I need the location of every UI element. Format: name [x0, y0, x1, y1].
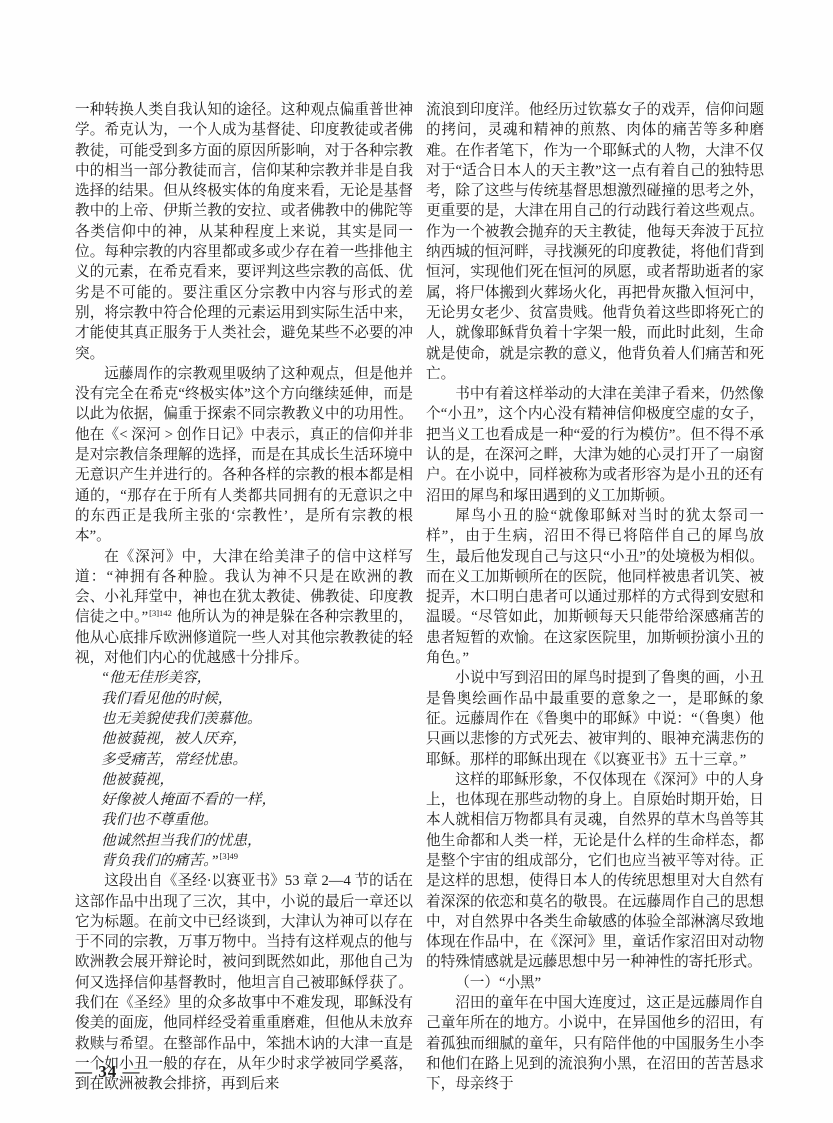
poem-line: 背负我们的痛苦。”[3]49 — [101, 851, 413, 871]
two-column-text-area: 一种转换人类自我认知的途径。这种观点偏重普世神学。希克认为，一个人成为基督徒、印… — [75, 100, 764, 1095]
paragraph: 书中有着这样举动的大津在美津子看来，仍然像个“小丑”，这个内心没有精神信仰极度空… — [426, 384, 764, 506]
paragraph: 一种转换人类自我认知的途径。这种观点偏重普世神学。希克认为，一个人成为基督徒、印… — [75, 100, 413, 364]
poem-line: 我们也不尊重他。 — [101, 810, 413, 830]
poem-line: 多受痛苦，常经忧患。 — [101, 750, 413, 770]
poem-line: 我们看见他的时候， — [101, 689, 413, 709]
poem-line: 他诚然担当我们的忧患， — [101, 831, 413, 851]
paragraph: 流浪到印度洋。他经历过钦慕女子的戏弄，信仰问题的拷问，灵魂和精神的煎熬、肉体的痛… — [426, 100, 764, 384]
paragraph: 犀鸟小丑的脸“就像耶稣对当时的犹太祭司一样”，由于生病，沼田不得已将陪伴自己的犀… — [426, 506, 764, 668]
poem-quotation-block: “他无佳形美容， 我们看见他的时候， 也无美貌使我们羡慕他。 他被藐视，被人厌弃… — [75, 668, 413, 871]
document-page: 一种转换人类自我认知的途径。这种观点偏重普世神学。希克认为，一个人成为基督徒、印… — [0, 0, 833, 1123]
citation-superscript: [3]49 — [220, 851, 238, 861]
poem-line: “他无佳形美容， — [101, 668, 413, 688]
paragraph: 沼田的童年在中国大连度过，这正是远藤周作自己童年所在的地方。小说中，在异国他乡的… — [426, 993, 764, 1094]
poem-line: 好像被人掩面不看的一样， — [101, 790, 413, 810]
poem-line: 他被藐视， — [101, 770, 413, 790]
citation-superscript: [3]142 — [149, 608, 172, 618]
section-heading: （一）“小黑” — [426, 973, 764, 993]
paragraph: 在《深河》中，大津在给美津子的信中这样写道：“神拥有各种脸。我认为神不只是在欧洲… — [75, 547, 413, 669]
right-column: 流浪到印度洋。他经历过钦慕女子的戏弄，信仰问题的拷问，灵魂和精神的煎熬、肉体的痛… — [426, 100, 764, 1095]
left-column: 一种转换人类自我认知的途径。这种观点偏重普世神学。希克认为，一个人成为基督徒、印… — [75, 100, 413, 1095]
poem-line-text: 背负我们的痛苦。” — [101, 853, 219, 869]
poem-line: 也无美貌使我们羡慕他。 — [101, 709, 413, 729]
page-number: — 34 — — [75, 1062, 141, 1082]
paragraph: 远藤周作的宗教观里吸纳了这种观点，但是他并没有完全在希克“终极实体”这个方向继续… — [75, 364, 413, 547]
poem-line: 他被藐视，被人厌弃， — [101, 729, 413, 749]
paragraph: 这样的耶稣形象，不仅体现在《深河》中的人身上，也体现在那些动物的身上。自原始时期… — [426, 770, 764, 973]
paragraph: 小说中写到沼田的犀鸟时提到了鲁奥的画，小丑是鲁奥绘画作品中最重要的意象之一，是耶… — [426, 668, 764, 769]
